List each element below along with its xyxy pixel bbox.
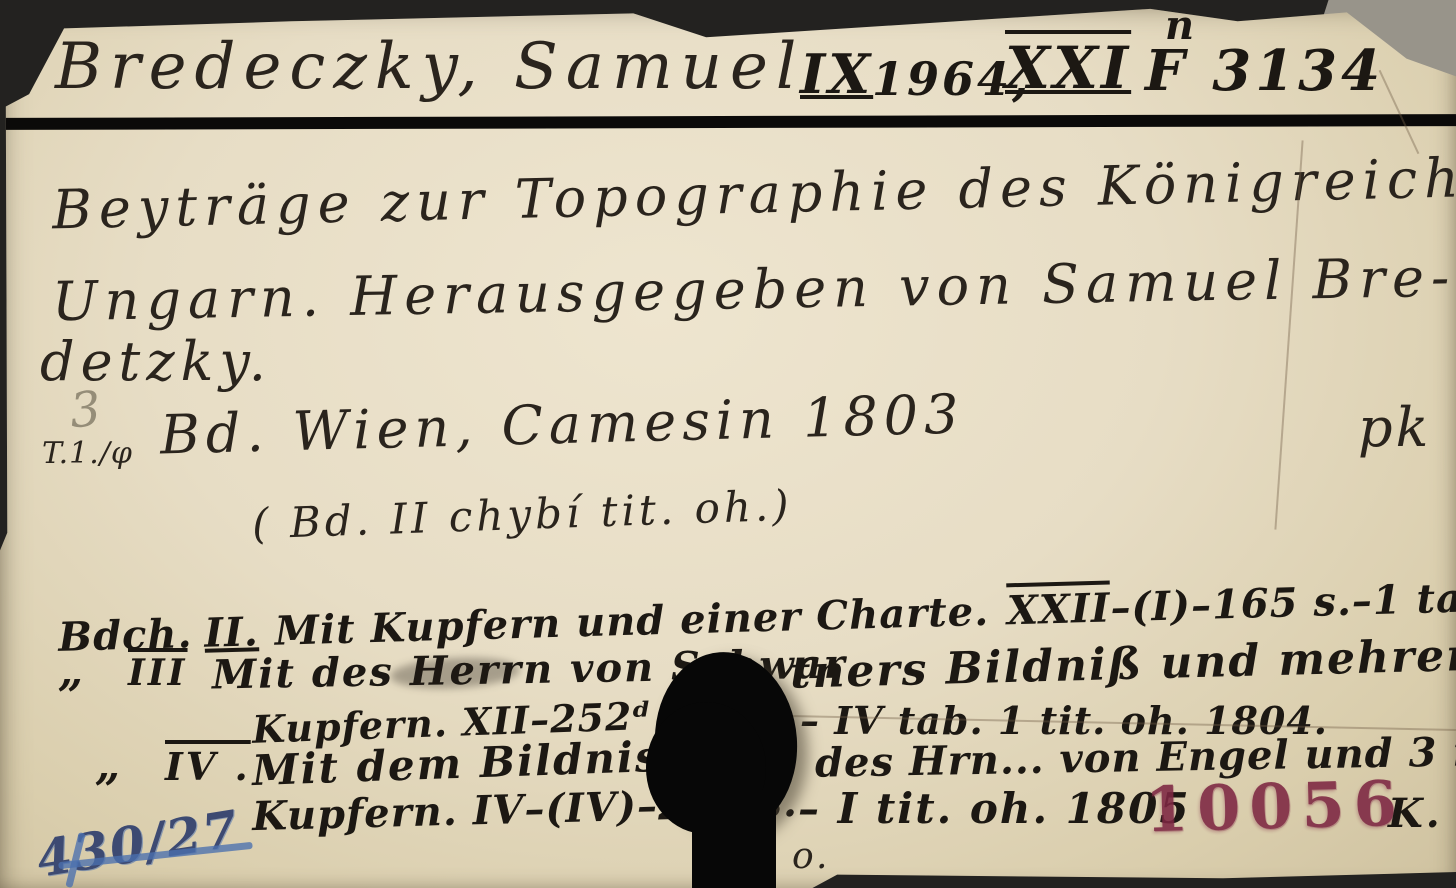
librarian-initial: K. (1388, 790, 1443, 837)
entry-iv-collation-right: – I tit. oh. 1805 (798, 784, 1191, 833)
margin-shelf-note: T.1./φ (42, 436, 133, 471)
title-line-2: Ungarn. Herausgegeben von Samuel Bre- (52, 246, 1456, 333)
title-line-1: Beyträge zur Topographie des Königreichs (51, 146, 1456, 242)
call-number: F 3134 (1145, 38, 1384, 104)
author-heading: Bredeczky, Samuel (55, 30, 804, 104)
entry-iv-ditto: „ (95, 740, 123, 791)
bottom-accession-number: 430/27 (33, 798, 244, 888)
entry-ii-roman: II. (204, 608, 260, 656)
accession-roman-numeral: IX (800, 42, 873, 106)
imprint-mark: pk (1358, 396, 1431, 459)
missing-volume-note: ( Bd. II chybí tit. oh.) (251, 481, 793, 549)
card-paper: Bredeczky, Samuel IX 1964, XXI n F 3134 … (0, 0, 1456, 888)
series-roman-numeral: XXI (1005, 34, 1131, 102)
scanned-catalog-card: Bredeczky, Samuel IX 1964, XXI n F 3134 … (0, 0, 1456, 888)
entry-ii-collation-roman: XXII (1006, 584, 1111, 634)
imprint-line: Bd. Wien, Camesin 1803 (159, 382, 965, 466)
entry-iii-ditto: „ (58, 646, 86, 697)
entry-iii-roman: III (128, 652, 188, 694)
punch-hole-stem (692, 790, 776, 888)
small-o-annotation: o. (792, 836, 830, 877)
accession-stamp-number: 10056 (1144, 767, 1407, 847)
entry-iii-text-right: tners Bildniß und mehreren (789, 628, 1456, 698)
header-divider-rule (0, 114, 1456, 130)
entry-iv-roman: IV . (165, 744, 251, 789)
entry-ii-collation: –(I)–165 s.–1 tab 1803 (1110, 570, 1456, 631)
paper-crease-corner (1379, 70, 1420, 154)
pencil-margin-number: 3 (68, 381, 106, 440)
